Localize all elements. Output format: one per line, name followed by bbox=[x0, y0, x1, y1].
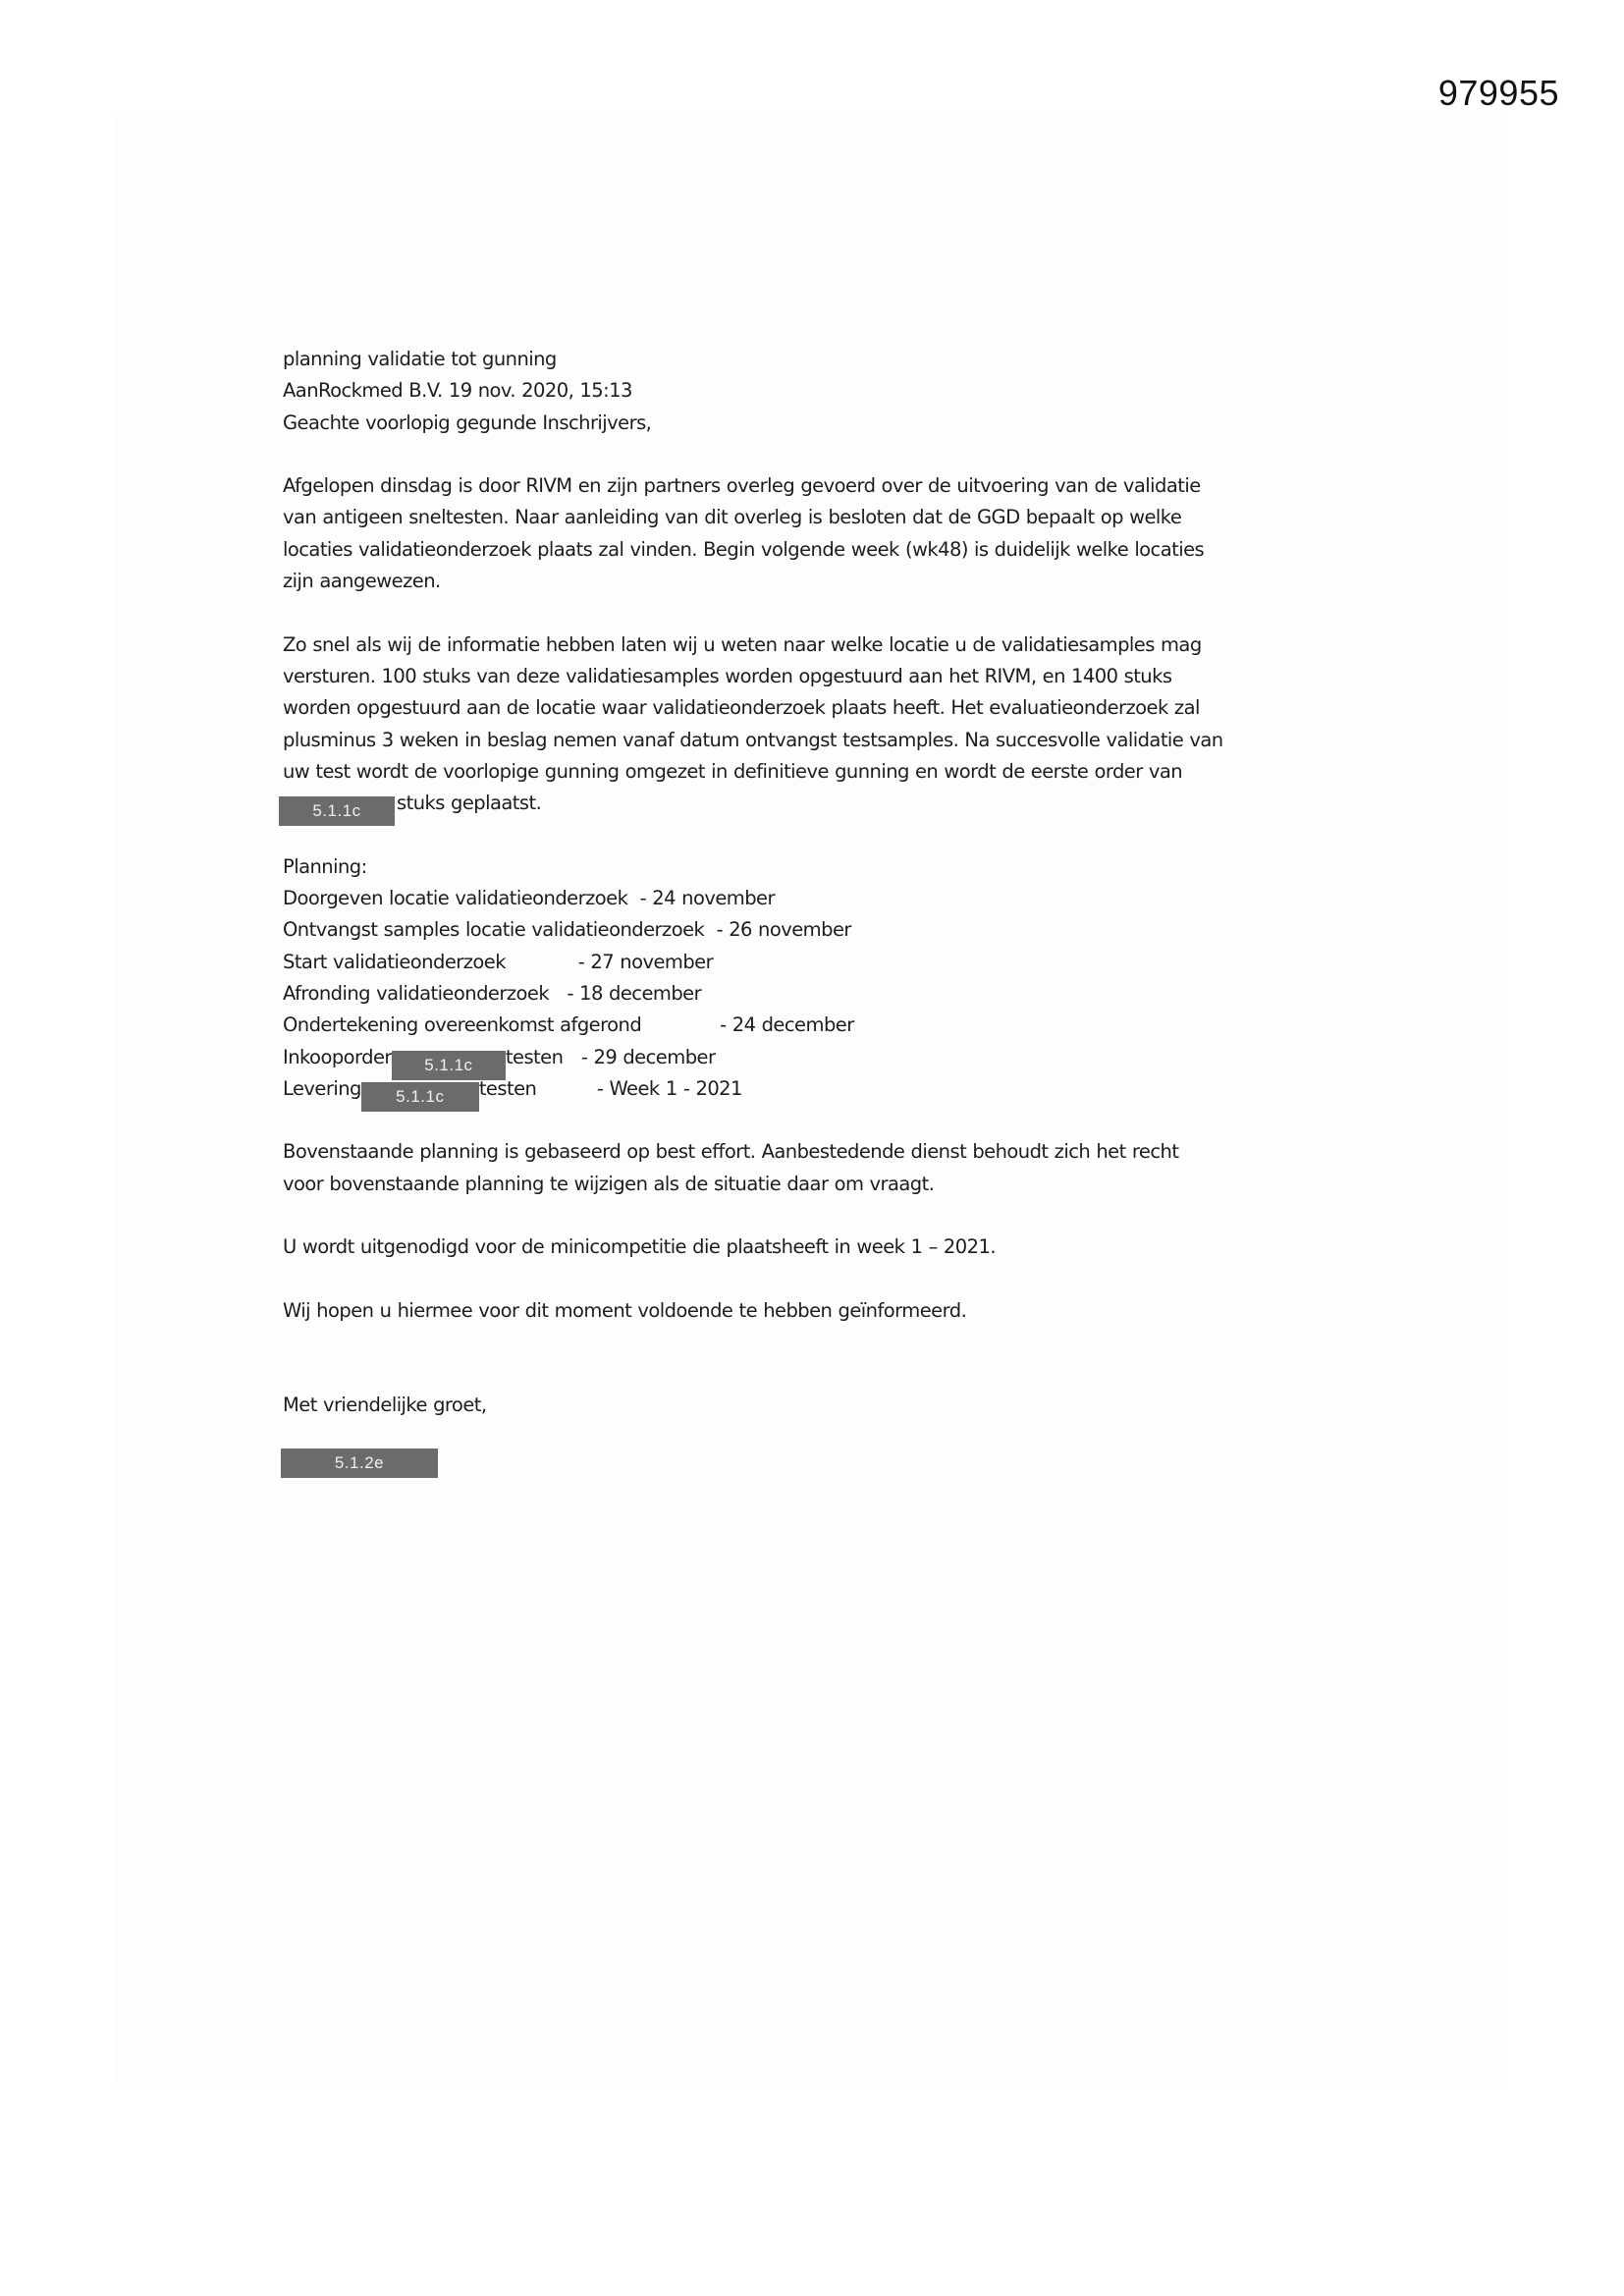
planning-label: Inkooporder bbox=[283, 1046, 392, 1068]
email-letter: planning validatie tot gunning AanRockme… bbox=[283, 344, 1373, 1471]
planning-section: Planning: Doorgeven locatie validatieond… bbox=[283, 851, 1373, 1105]
email-from-line: AanRockmed B.V. 19 nov. 2020, 15:13 bbox=[283, 375, 1373, 407]
paragraph-line: uw test wordt de voorlopige gunning omge… bbox=[283, 756, 1373, 788]
document-number: 979955 bbox=[1438, 73, 1559, 114]
planning-heading: Planning: bbox=[283, 851, 1373, 883]
paragraph-1: Afgelopen dinsdag is door RIVM en zijn p… bbox=[283, 470, 1373, 597]
email-salutation: Geachte voorlopig gegunde Inschrijvers, bbox=[283, 408, 1373, 439]
paragraph-line: plusminus 3 weken in beslag nemen vanaf … bbox=[283, 725, 1373, 756]
paragraph-line: versturen. 100 stuks van deze validaties… bbox=[283, 661, 1373, 692]
redaction-box: 5.1.1c bbox=[279, 796, 395, 826]
signature-line: 5.1.2e bbox=[283, 1440, 1373, 1471]
paragraph-4: U wordt uitgenodigd voor de minicompetit… bbox=[283, 1231, 1373, 1263]
paragraph-5: Wij hopen u hiermee voor dit moment vold… bbox=[283, 1295, 1373, 1327]
paragraph-text: stuks geplaatst. bbox=[397, 792, 541, 814]
paragraph-line: Bovenstaande planning is gebaseerd op be… bbox=[283, 1136, 1373, 1168]
planning-row-inkooporder: Inkooporder5.1.1ctesten - 29 december bbox=[283, 1042, 1373, 1073]
planning-row: Ontvangst samples locatie validatieonder… bbox=[283, 914, 1373, 946]
paragraph-line: van antigeen sneltesten. Naar aanleiding… bbox=[283, 502, 1373, 533]
paragraph-2: Zo snel als wij de informatie hebben lat… bbox=[283, 629, 1373, 820]
planning-date: testen - Week 1 - 2021 bbox=[479, 1077, 742, 1100]
email-subject: planning validatie tot gunning bbox=[283, 344, 1373, 375]
closing: Met vriendelijke groet, bbox=[283, 1390, 1373, 1421]
paragraph-line: voor bovenstaande planning te wijzigen a… bbox=[283, 1169, 1373, 1200]
planning-label: Levering bbox=[283, 1077, 361, 1100]
paragraph-line: zijn aangewezen. bbox=[283, 566, 1373, 597]
planning-row-levering: Levering5.1.1ctesten - Week 1 - 2021 bbox=[283, 1073, 1373, 1105]
signature-redaction-box: 5.1.2e bbox=[281, 1449, 438, 1478]
planning-date: testen - 29 december bbox=[506, 1046, 716, 1068]
paragraph-line: Afgelopen dinsdag is door RIVM en zijn p… bbox=[283, 470, 1373, 502]
redaction-box: 5.1.1c bbox=[361, 1082, 479, 1112]
planning-row: Start validatieonderzoek - 27 november bbox=[283, 947, 1373, 978]
planning-row: Ondertekening overeenkomst afgerond - 24… bbox=[283, 1010, 1373, 1041]
planning-row: Afronding validatieonderzoek - 18 decemb… bbox=[283, 978, 1373, 1010]
planning-row: Doorgeven locatie validatieonderzoek - 2… bbox=[283, 883, 1373, 914]
paragraph-line: 5.1.1cstuks geplaatst. bbox=[283, 788, 1373, 819]
paragraph-line: Zo snel als wij de informatie hebben lat… bbox=[283, 629, 1373, 661]
paragraph-3: Bovenstaande planning is gebaseerd op be… bbox=[283, 1136, 1373, 1200]
paragraph-line: locaties validatieonderzoek plaats zal v… bbox=[283, 534, 1373, 566]
paragraph-line: worden opgestuurd aan de locatie waar va… bbox=[283, 692, 1373, 724]
